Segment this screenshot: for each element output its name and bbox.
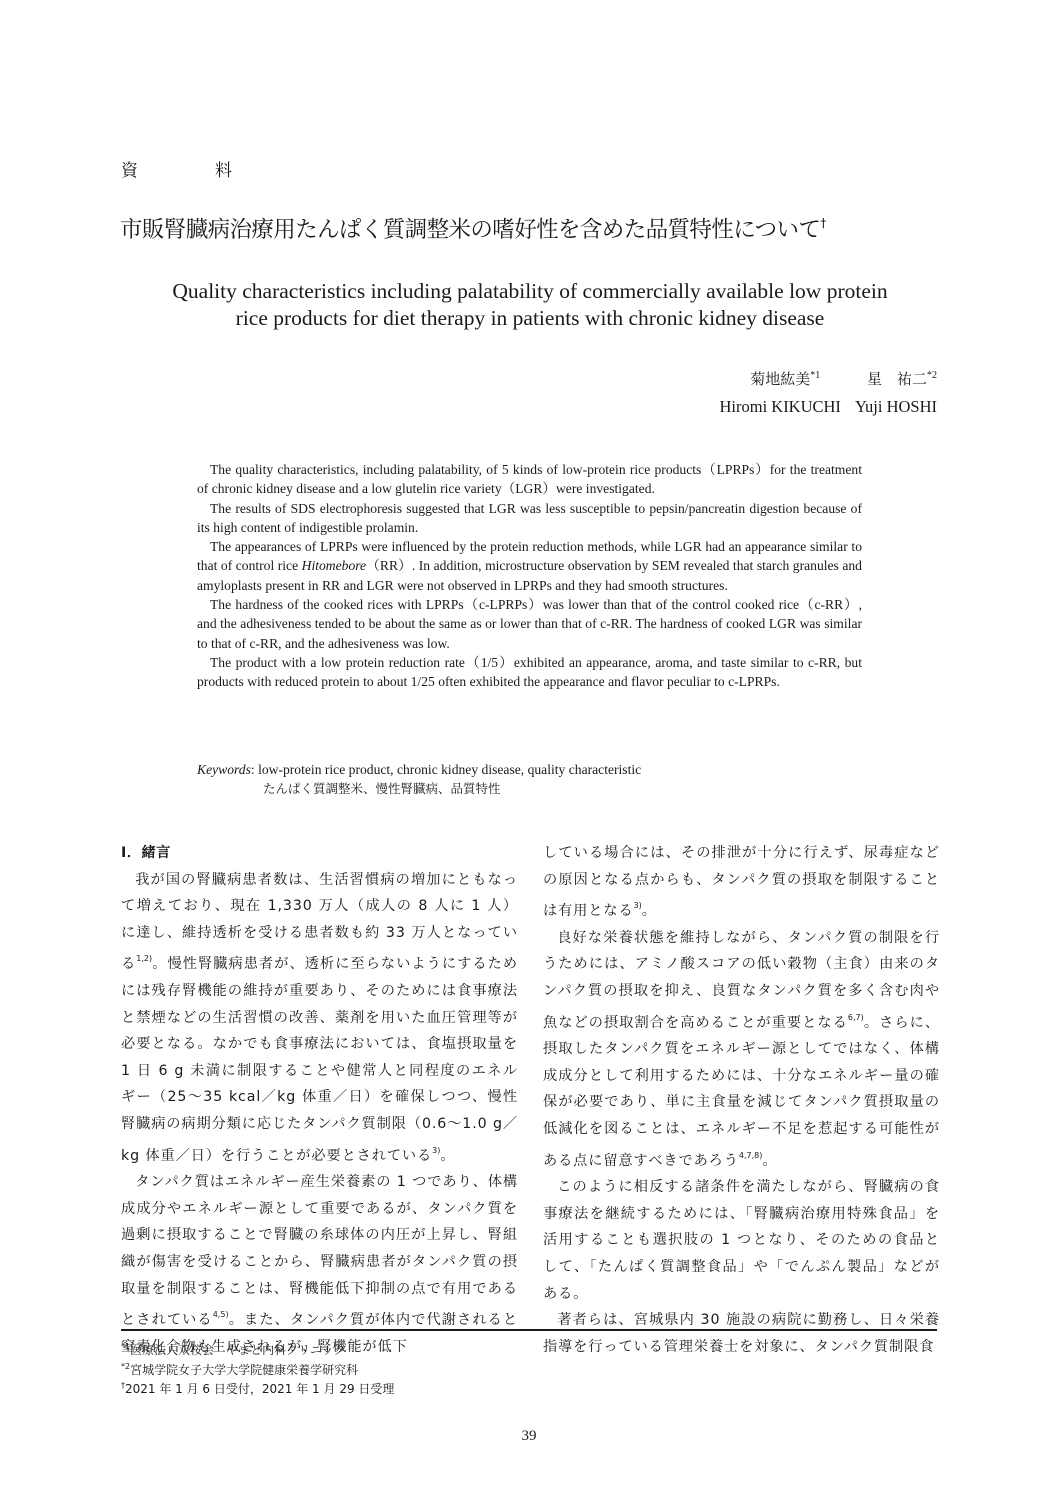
footnote: *1医療法人双桜会 やまと内科クリニック	[121, 1339, 394, 1359]
author-2-jp: 星 祐二*2	[867, 368, 937, 389]
citation: 1,2)	[136, 954, 152, 963]
abstract-paragraph: The hardness of the cooked rices with LP…	[197, 595, 862, 653]
body-text: 。	[642, 903, 657, 919]
author-2-name-jp: 星 祐二	[867, 370, 927, 388]
citation: 4,5)	[213, 1310, 229, 1319]
page-number: 39	[509, 1428, 549, 1445]
authors-japanese: 菊地紘美*1 星 祐二*2	[750, 368, 937, 389]
citation: 4,7,8)	[739, 1151, 762, 1160]
body-paragraph: している場合には、その排泄が十分に行えず、尿毒症などの原因となる点からも、タンパ…	[543, 840, 940, 925]
abstract: The quality characteristics, including p…	[197, 460, 862, 692]
author-2-affiliation-mark: *2	[927, 370, 937, 381]
author-1-name-en: Hiromi KIKUCHI	[719, 397, 840, 416]
body-text: タンパク質はエネルギー産生栄養素の 1 つであり、体構成成分やエネルギー源として…	[121, 1174, 518, 1328]
body-column-right: している場合には、その排泄が十分に行えず、尿毒症などの原因となる点からも、タンパ…	[543, 840, 940, 1360]
author-1-jp: 菊地紘美*1	[750, 368, 820, 389]
english-title-line2: rice products for diet therapy in patien…	[100, 305, 960, 332]
body-text: 。さらに、摂取したタンパク質をエネルギー源としてではなく、体構成成分として利用す…	[543, 1015, 940, 1169]
section-heading: Ⅰ．緒言	[121, 840, 518, 867]
footnote-divider	[121, 1329, 937, 1331]
footnote-mark: *2	[121, 1362, 130, 1371]
japanese-title: 市販腎臓病治療用たんぱく質調整米の嗜好性を含めた品質特性について†	[120, 212, 950, 244]
body-text: 。	[762, 1153, 777, 1169]
english-title: Quality characteristics including palata…	[100, 278, 960, 332]
keywords-english: low-protein rice product, chronic kidney…	[258, 762, 641, 777]
footnote: *2宮城学院女子大学大学院健康栄養学研究科	[121, 1359, 394, 1379]
footnote-mark: *1	[121, 1342, 130, 1351]
abstract-paragraph: The results of SDS electrophoresis sugge…	[197, 499, 862, 538]
keywords-english-line: Keywords: low-protein rice product, chro…	[197, 760, 862, 779]
footnotes: *1医療法人双桜会 やまと内科クリニック *2宮城学院女子大学大学院健康栄養学研…	[121, 1339, 394, 1398]
citation: 6,7)	[848, 1013, 864, 1022]
keywords-label: Keywords	[197, 762, 251, 777]
keywords-japanese: たんぱく質調整米、慢性腎臓病、品質特性	[197, 779, 862, 798]
body-paragraph: タンパク質はエネルギー産生栄養素の 1 つであり、体構成成分やエネルギー源として…	[121, 1169, 518, 1360]
body-text: 。慢性腎臓病患者が、透析に至らないようにするためには残存腎機能の維持が重要あり、…	[121, 956, 518, 1163]
section-tag: 資 料	[121, 156, 262, 181]
abstract-paragraph: The quality characteristics, including p…	[197, 460, 862, 499]
citation: 3)	[634, 901, 642, 910]
author-1-affiliation-mark: *1	[810, 370, 820, 381]
body-text: している場合には、その排泄が十分に行えず、尿毒症などの原因となる点からも、タンパ…	[543, 845, 940, 919]
body-text: 。	[440, 1148, 455, 1164]
body-paragraph: このように相反する諸条件を満たしながら、腎臓病の食事療法を継続するためには、「腎…	[543, 1174, 940, 1307]
author-1-name-jp: 菊地紘美	[750, 370, 810, 388]
body-paragraph: 著者らは、宮城県内 30 施設の病院に勤務し、日々栄養指導を行っている管理栄養士…	[543, 1307, 940, 1360]
body-paragraph: 我が国の腎臓病患者数は、生活習慣病の増加にともなって増えており、現在 1,330…	[121, 867, 518, 1170]
english-title-line1: Quality characteristics including palata…	[100, 278, 960, 305]
japanese-title-text: 市販腎臓病治療用たんぱく質調整米の嗜好性を含めた品質特性について	[120, 217, 820, 243]
abstract-paragraph: The appearances of LPRPs were influenced…	[197, 537, 862, 595]
body-paragraph: 良好な栄養状態を維持しながら、タンパク質の制限を行うためには、アミノ酸スコアの低…	[543, 925, 940, 1174]
dagger-mark: †	[820, 216, 825, 230]
abstract-paragraph: The product with a low protein reduction…	[197, 653, 862, 692]
authors-english: Hiromi KIKUCHIYuji HOSHI	[719, 397, 937, 417]
footnote: †2021 年 1 月 6 日受付，2021 年 1 月 29 日受理	[121, 1378, 394, 1398]
cultivar-name: Hitomebore	[302, 558, 366, 573]
keywords: Keywords: low-protein rice product, chro…	[197, 760, 862, 798]
footnote-text: 医療法人双桜会 やまと内科クリニック	[130, 1343, 345, 1357]
body-column-left: Ⅰ．緒言 我が国の腎臓病患者数は、生活習慣病の増加にともなって増えており、現在 …	[121, 840, 518, 1360]
footnote-text: 宮城学院女子大学大学院健康栄養学研究科	[130, 1363, 358, 1377]
footnote-text: 2021 年 1 月 6 日受付，2021 年 1 月 29 日受理	[125, 1382, 394, 1396]
author-2-name-en: Yuji HOSHI	[855, 397, 937, 416]
